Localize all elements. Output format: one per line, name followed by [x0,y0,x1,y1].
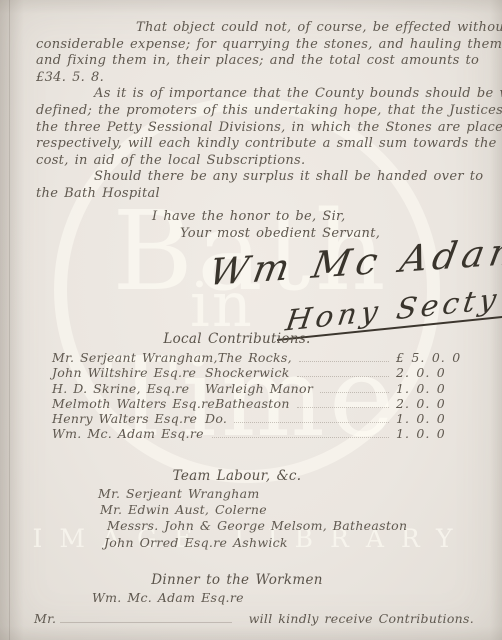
dinner-host-name: Wm. Mc. Adam Esq.re [92,590,244,605]
paper-edge-crease [9,0,10,640]
contribution-amount: 1. 0. 0 [396,381,462,396]
contribution-amount: 2. 0. 0 [396,365,462,380]
contributor-place: Do. [205,411,227,426]
letter-line: That object could not, of course, be eff… [36,20,470,37]
footer-contributions-text: will kindly receive Contributions. [249,611,474,626]
closing-salutation: I have the honor to be, Sir, [152,209,346,224]
dinner-title: Dinner to the Workmen [36,572,438,588]
contribution-amount: 1. 0. 0 [396,426,462,441]
team-labour-list: Mr. Serjeant Wrangham Mr. Edwin Aust, Co… [98,486,407,551]
letter-line: As it is of importance that the County b… [36,86,470,103]
blank-name-rule [60,610,232,623]
dotted-leader [299,361,389,362]
contributor-place: Batheaston [215,396,290,411]
dotted-leader [297,407,389,408]
team-labour-item: John Orred Esq.re Ashwick [98,535,407,551]
contributor-name: Henry Walters Esq.re [52,411,205,426]
contributor-place: The Rocks, [218,350,292,365]
contributor-name: Melmoth Walters Esq.re [52,396,215,411]
contributor-name: H. D. Skrine, Esq.re [52,381,205,396]
contributions-title: Local Contributions. [36,331,438,347]
letter-line: the Bath Hospital [36,186,470,203]
contributor-place: Warleigh Manor [205,381,313,396]
letter-line-total-cost: £34. 5. 8. [36,70,470,87]
letter-line: and fixing them in, their places; and th… [36,53,470,70]
contributor-name: Mr. Serjeant Wrangham, [52,350,218,365]
contribution-row: H. D. Skrine, Esq.re Warleigh Manor 1. 0… [52,381,462,396]
contribution-row: Mr. Serjeant Wrangham, The Rocks, £ 5. 0… [52,350,462,365]
contribution-amount: 1. 0. 0 [396,411,462,426]
team-labour-item: Mr. Edwin Aust, Colerne [98,502,407,518]
dotted-leader [297,376,389,377]
scanned-letter-page: Bath in Time IMAGE LIBRARY That object c… [0,0,502,640]
letter-body: That object could not, of course, be eff… [36,20,470,203]
contribution-amount: £ 5. 0. 0 [396,350,462,365]
contributor-place: Shockerwick [205,365,290,380]
contribution-row: Wm. Mc. Adam Esq.re 1. 0. 0 [52,426,462,441]
contributions-list: Mr. Serjeant Wrangham, The Rocks, £ 5. 0… [52,350,462,442]
team-labour-title: Team Labour, &c. [36,468,438,484]
contribution-row: John Wiltshire Esq.re Shockerwick 2. 0. … [52,365,462,380]
letter-line: defined; the promoters of this undertaki… [36,103,470,120]
dotted-leader [234,422,389,423]
letter-line: respectively, will each kindly contribut… [36,136,470,153]
contribution-row: Henry Walters Esq.re Do. 1. 0. 0 [52,411,462,426]
letter-line: considerable expense; for quarrying the … [36,37,470,54]
contributor-name: John Wiltshire Esq.re [52,365,205,380]
letter-line: cost, in aid of the local Subscriptions. [36,153,470,170]
contribution-amount: 2. 0. 0 [396,396,462,411]
contributor-name: Wm. Mc. Adam Esq.re [52,426,205,441]
letter-line: the three Petty Sessional Divisions, in … [36,120,470,137]
team-labour-item: Mr. Serjeant Wrangham [98,486,407,502]
team-labour-item: Messrs. John & George Melsom, Batheaston [98,518,407,534]
contribution-row: Melmoth Walters Esq.re Batheaston 2. 0. … [52,396,462,411]
letter-line: Should there be any surplus it shall be … [36,169,470,186]
closing-servant: Your most obedient Servant, [180,226,380,241]
dotted-leader [212,437,389,438]
footer-line: Mr. will kindly receive Contributions. [34,610,474,626]
dotted-leader [320,392,389,393]
footer-mr-label: Mr. [34,611,56,626]
